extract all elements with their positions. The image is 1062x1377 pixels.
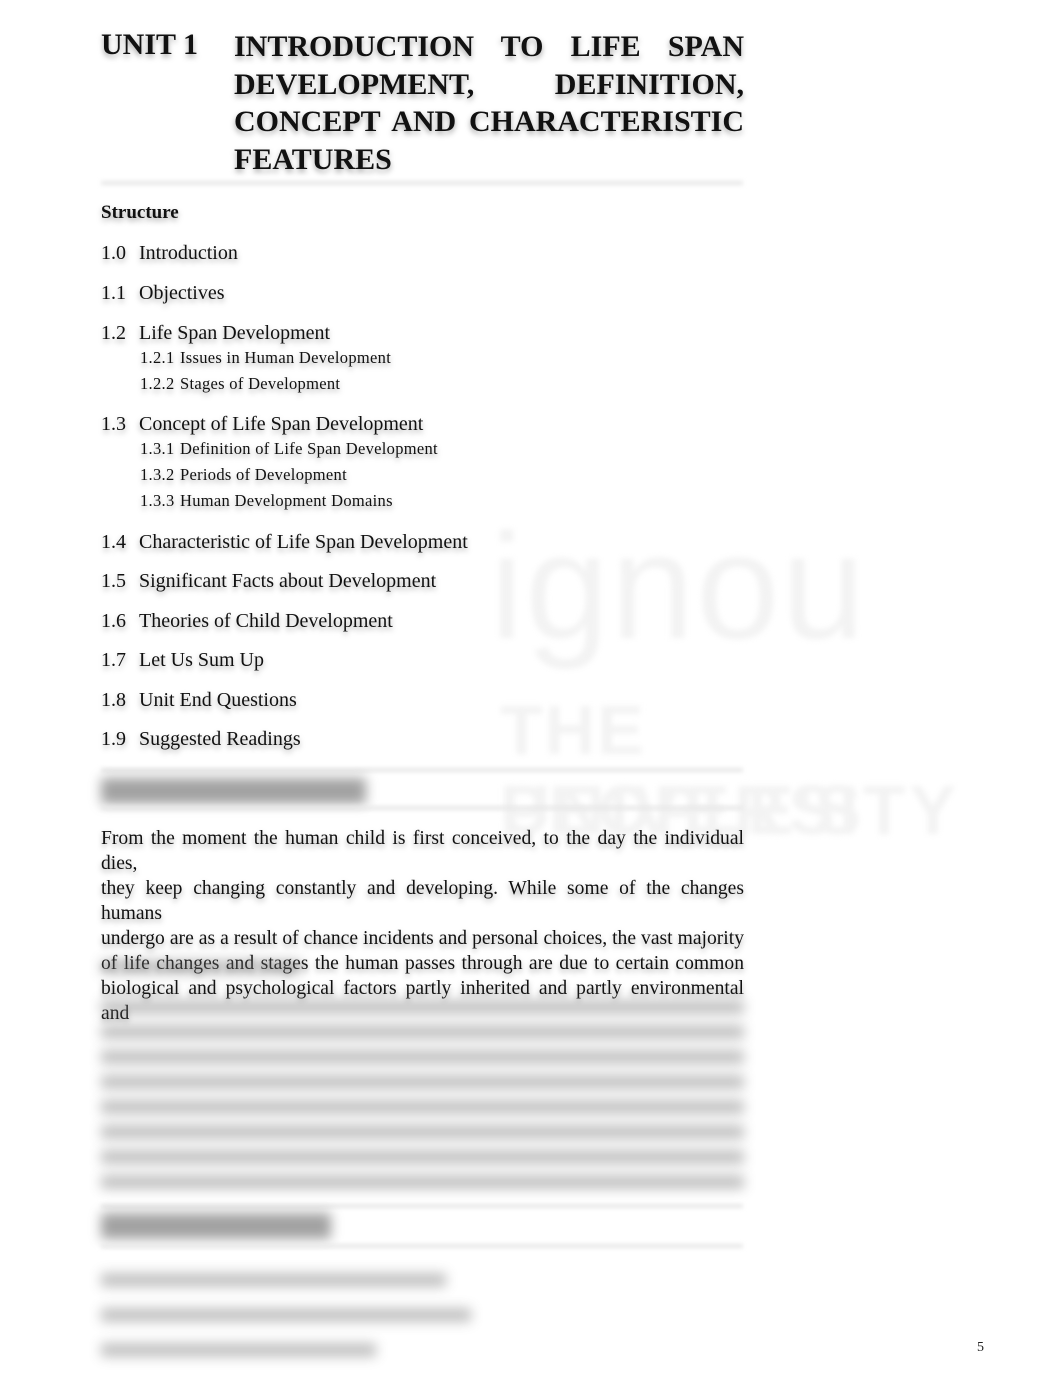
blurred-text-line bbox=[101, 1100, 744, 1114]
unit-title: INTRODUCTION TO LIFE SPAN DEVELOPMENT, D… bbox=[234, 28, 744, 178]
title-rule bbox=[101, 181, 743, 185]
toc-subitem-label: Human Development Domains bbox=[180, 491, 393, 510]
toc-item-label: Characteristic of Life Span Development bbox=[139, 531, 468, 553]
blurred-text-line bbox=[101, 1175, 744, 1189]
blurred-text-line bbox=[101, 1050, 744, 1064]
toc-item-number: 1.3 bbox=[101, 413, 139, 436]
toc-item-number: 1.7 bbox=[101, 649, 139, 672]
watermark-brand: ignou bbox=[490, 500, 867, 673]
toc-item: 1.4Characteristic of Life Span Developme… bbox=[101, 531, 468, 554]
section-rule-bottom bbox=[101, 806, 743, 810]
blurred-bullet-item bbox=[101, 1343, 376, 1357]
toc-item-number: 1.4 bbox=[101, 531, 139, 554]
toc-item: 1.2Life Span Development bbox=[101, 322, 330, 345]
page-number: 5 bbox=[977, 1340, 984, 1356]
blurred-text-line bbox=[101, 1273, 446, 1287]
blurred-text-line bbox=[101, 1000, 744, 1014]
blurred-section-heading-objectives bbox=[101, 1213, 331, 1239]
toc-item-label: Concept of Life Span Development bbox=[139, 413, 423, 435]
toc-subitem-number: 1.3.2 bbox=[140, 465, 180, 485]
toc-item-label: Objectives bbox=[139, 282, 225, 304]
toc-item-number: 1.0 bbox=[101, 242, 139, 265]
toc-item-label: Theories of Child Development bbox=[139, 610, 393, 632]
toc-item-number: 1.6 bbox=[101, 610, 139, 633]
intro-paragraph: From the moment the human child is first… bbox=[101, 826, 744, 1026]
toc-subitem-label: Stages of Development bbox=[180, 374, 340, 393]
blurred-text-line bbox=[101, 1150, 744, 1164]
toc-item: 1.6Theories of Child Development bbox=[101, 610, 393, 633]
toc-item-label: Unit End Questions bbox=[139, 689, 297, 711]
toc-item: 1.8Unit End Questions bbox=[101, 689, 297, 712]
toc-item: 1.9Suggested Readings bbox=[101, 728, 301, 751]
toc-item: 1.0Introduction bbox=[101, 242, 238, 265]
blurred-text-line bbox=[101, 1125, 744, 1139]
blurred-bullet-item bbox=[101, 1308, 471, 1322]
toc-subitem: 1.3.3Human Development Domains bbox=[140, 491, 393, 511]
toc-item: 1.7Let Us Sum Up bbox=[101, 649, 264, 672]
toc-subitem-number: 1.2.1 bbox=[140, 348, 180, 368]
paragraph-line: From the moment the human child is first… bbox=[101, 826, 744, 876]
toc-subitem-label: Issues in Human Development bbox=[180, 348, 391, 367]
toc-item-label: Suggested Readings bbox=[139, 728, 301, 750]
toc-subitem-label: Periods of Development bbox=[180, 465, 347, 484]
toc-item: 1.3Concept of Life Span Development bbox=[101, 413, 423, 436]
blurred-section-heading-introduction bbox=[101, 778, 366, 804]
blurred-text-line bbox=[101, 1025, 744, 1039]
toc-item-label: Introduction bbox=[139, 242, 238, 264]
toc-subitem-number: 1.3.1 bbox=[140, 439, 180, 459]
toc-subitem-label: Definition of Life Span Development bbox=[180, 439, 438, 458]
section-rule-top bbox=[101, 1204, 743, 1208]
toc-item-number: 1.1 bbox=[101, 282, 139, 305]
toc-subitem-number: 1.2.2 bbox=[140, 374, 180, 394]
toc-item-label: Let Us Sum Up bbox=[139, 649, 264, 671]
structure-heading: Structure bbox=[101, 202, 179, 224]
toc-item: 1.1Objectives bbox=[101, 282, 225, 305]
toc-item-label: Significant Facts about Development bbox=[139, 570, 436, 592]
section-rule-bottom bbox=[101, 1244, 743, 1248]
toc-item-number: 1.8 bbox=[101, 689, 139, 712]
toc-item: 1.5Significant Facts about Development bbox=[101, 570, 436, 593]
blurred-text-line bbox=[101, 960, 301, 974]
unit-label: UNIT 1 bbox=[101, 28, 198, 62]
toc-subitem: 1.3.2Periods of Development bbox=[140, 465, 347, 485]
paragraph-line: they keep changing constantly and develo… bbox=[101, 876, 744, 926]
toc-subitem-number: 1.3.3 bbox=[140, 491, 180, 511]
toc-item-number: 1.5 bbox=[101, 570, 139, 593]
toc-subitem: 1.2.2Stages of Development bbox=[140, 374, 340, 394]
blurred-text-line bbox=[101, 1075, 744, 1089]
section-rule-top bbox=[101, 768, 743, 772]
toc-item-label: Life Span Development bbox=[139, 322, 330, 344]
toc-subitem: 1.2.1Issues in Human Development bbox=[140, 348, 391, 368]
toc-item-number: 1.9 bbox=[101, 728, 139, 751]
paragraph-line: undergo are as a result of chance incide… bbox=[101, 926, 744, 951]
toc-subitem: 1.3.1Definition of Life Span Development bbox=[140, 439, 438, 459]
toc-item-number: 1.2 bbox=[101, 322, 139, 345]
